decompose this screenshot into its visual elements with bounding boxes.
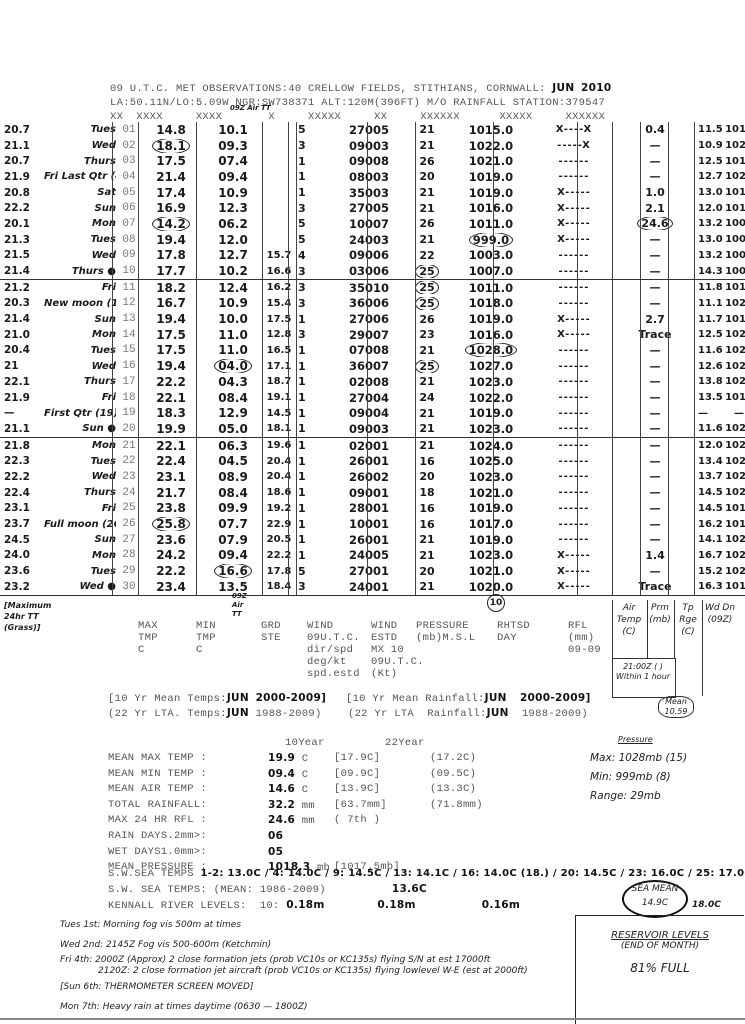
cell-max: 23.4	[142, 580, 200, 594]
cell-air2: 21.8	[0, 440, 44, 452]
cell-at: 12.5	[694, 329, 725, 340]
cell-prs: 1021.0	[450, 564, 532, 578]
cell-prs: 1023.0	[450, 422, 532, 436]
means-line-2: (22 Yr LTA. Temps:JUN 1988-2009) (22 Yr …	[108, 707, 588, 720]
cell-pm: 1014	[725, 314, 745, 325]
cell-wind: 26001	[334, 454, 404, 468]
cell-day: Thurs	[44, 487, 116, 498]
cell-pm: 1024	[725, 423, 745, 434]
cell-rain: ------	[532, 471, 616, 482]
stat-label: RAIN DAYS.2mm>:	[108, 829, 268, 845]
cell-min: 10.0	[200, 312, 266, 326]
table-block: 20.7Tues0114.810.1527005211015.0X----X0.…	[0, 122, 745, 280]
cell-rain: X-----	[532, 234, 616, 245]
cell-rain: X-----	[532, 187, 616, 198]
cell-mx: 23	[404, 328, 450, 341]
cell-grd: 1	[292, 455, 334, 468]
cell-wind: 09004	[334, 406, 404, 420]
cell-pm: 1013	[725, 282, 745, 293]
cell-day: Fri Last Qtr (4)	[44, 171, 116, 182]
cell-prs: 1025.0	[450, 454, 532, 468]
cell-pm: 1019	[725, 124, 745, 135]
col-head-wind: WIND 09U.T.C. dir/spd deg/kt spd.estd	[307, 620, 360, 680]
sea-mean-row: S.W. SEA TEMPS: (MEAN: 1986-2009) 13.6C	[108, 883, 427, 896]
rain-count-circle: 10	[487, 594, 505, 612]
notes-list: Tues 1st: Morning fog vis 500m at times …	[60, 915, 528, 1017]
air-annotation: 09Z Air TT	[230, 104, 271, 112]
cell-rain: X-----	[532, 314, 616, 325]
cell-grd: 1	[292, 549, 334, 562]
pressure-title: Pressure	[618, 730, 687, 749]
cell-rfl: —	[616, 391, 694, 404]
cell-max: 23.1	[142, 470, 200, 484]
cell-air2: 21.4	[0, 265, 44, 277]
cell-at: 13.0	[694, 234, 725, 245]
cell-min: 11.0	[200, 328, 266, 342]
cell-at: 16.2	[694, 519, 725, 530]
cell-rain: X-----	[532, 550, 616, 561]
cell-prs: 1024.0	[450, 439, 532, 453]
cell-prs: 1021.0	[450, 486, 532, 500]
cell-grd: 1	[292, 155, 334, 168]
stat-10yr: [13.9C]	[334, 782, 430, 798]
cell-at: 12.0	[694, 440, 725, 451]
cell-rfl: —	[616, 265, 694, 278]
cell-min: 04.0	[200, 359, 266, 373]
cell-air2: 21.5	[0, 249, 44, 261]
cell-min: 07.9	[200, 533, 266, 547]
cell-max: 22.4	[142, 454, 200, 468]
cell-wind: 09006	[334, 248, 404, 262]
col-head-grd: GRD STE	[261, 620, 281, 644]
cell-grd: 3	[292, 580, 334, 593]
cell-min: 09.4	[200, 548, 266, 562]
cell-wind: 28001	[334, 501, 404, 515]
cell-rfl: Trace	[616, 328, 694, 341]
cell-mx: 22	[404, 249, 450, 262]
reservoir-subtitle: (END OF MONTH)	[576, 941, 744, 951]
table-block: 21.2Fri1118.212.416.2335010251011.0-----…	[0, 280, 745, 438]
cell-min: 11.0	[200, 343, 266, 357]
cell-rfl: —	[616, 422, 694, 435]
cell-max: 16.7	[142, 296, 200, 310]
cell-min: 16.6	[200, 564, 266, 578]
cell-day: Thurs	[44, 156, 116, 167]
cell-pm: 1016	[725, 203, 745, 214]
cell-day: Mon	[44, 218, 116, 229]
cell-grd: 3	[292, 297, 334, 310]
cell-min: 07.7	[200, 517, 266, 531]
cell-rain: ------	[532, 266, 616, 277]
cell-air2: 22.3	[0, 455, 44, 467]
cell-pm: 1023	[725, 471, 745, 482]
cell-rain: ------	[532, 345, 616, 356]
cell-day: Tues	[44, 124, 116, 135]
cell-mx: 26	[404, 217, 450, 230]
stat-value: 14.6 C	[268, 782, 334, 798]
cell-max: 23.6	[142, 533, 200, 547]
cell-prs: 1011.0	[450, 281, 532, 295]
table-block: 21.8Mon2122.106.319.6102001211024.0-----…	[0, 438, 745, 596]
cell-at: 13.2	[694, 218, 725, 229]
cell-prs: 1019.0	[450, 186, 532, 200]
cell-mx: 21	[404, 549, 450, 562]
cell-wind: 27005	[334, 201, 404, 215]
cell-day: Sun	[44, 203, 116, 214]
cell-air2: 23.7	[0, 518, 44, 530]
cell-rfl: 24.6	[616, 217, 694, 230]
stat-row: MEAN MAX TEMP :19.9 C[17.9C](17.2C)	[108, 751, 483, 767]
cell-wind: 07008	[334, 343, 404, 357]
cell-wind: 08003	[334, 170, 404, 184]
cell-mx: 25	[404, 360, 450, 373]
cell-grd: 1	[292, 313, 334, 326]
cell-max: 22.2	[142, 375, 200, 389]
cell-rain: ------	[532, 376, 616, 387]
cell-pm: 1023	[725, 329, 745, 340]
cell-prs: 1007.0	[450, 264, 532, 278]
cell-max: 23.8	[142, 501, 200, 515]
cell-rfl: —	[616, 139, 694, 152]
cell-rfl: —	[616, 518, 694, 531]
cell-rain: X-----	[532, 203, 616, 214]
cell-at: 12.7	[694, 171, 725, 182]
cell-min: 06.2	[200, 217, 266, 231]
cell-rain: ------	[532, 423, 616, 434]
stat-row: MEAN AIR TEMP :14.6 C[13.9C](13.3C)	[108, 782, 483, 798]
cell-at: 14.5	[694, 503, 725, 514]
cell-max: 25.8	[142, 517, 200, 531]
cell-rain: ------	[532, 408, 616, 419]
cell-rfl: —	[616, 155, 694, 168]
cell-grd: 5	[292, 233, 334, 246]
cell-rfl: 1.0	[616, 186, 694, 199]
cell-air2: —	[0, 407, 44, 419]
cell-wind: 02008	[334, 375, 404, 389]
river-levels-row: KENNALL RIVER LEVELS: 10: 0.18m 0.18m 0.…	[108, 899, 520, 912]
cell-min: 08.4	[200, 391, 266, 405]
cell-prs: 1015.0	[450, 123, 532, 137]
header-line-2: LA:50.11N/LO:5.09W NGR:SW738371 ALT:120M…	[110, 97, 605, 109]
cell-air2: 21.9	[0, 171, 44, 183]
cell-day: Sun	[44, 534, 116, 545]
cell-max: 24.2	[142, 548, 200, 562]
note-item: Mon 7th: Heavy rain at times daytime (06…	[60, 997, 528, 1017]
cell-at: 12.5	[694, 156, 725, 167]
cell-wind: 24005	[334, 548, 404, 562]
cell-grd: 1	[292, 439, 334, 452]
cell-grd: 1	[292, 518, 334, 531]
side-head-mean: Mean 10.59	[658, 696, 694, 718]
cell-min: 12.9	[200, 406, 266, 420]
cell-max: 21.4	[142, 170, 200, 184]
cell-rain: X-----	[532, 581, 616, 592]
note-item: Wed 2nd: 2145Z Fog vis 500-600m (Ketchmi…	[60, 935, 528, 955]
cell-mx: 25	[404, 265, 450, 278]
col-head-rfl: RFL (mm) 09-09	[568, 620, 601, 656]
cell-at: 13.7	[694, 471, 725, 482]
cell-grd: 1	[292, 422, 334, 435]
cell-prs: 1023.0	[450, 470, 532, 484]
cell-air2: 20.1	[0, 218, 44, 230]
cell-wind: 36006	[334, 296, 404, 310]
cell-mx: 16	[404, 455, 450, 468]
cell-prs: 1018.0	[450, 296, 532, 310]
cell-wind: 35010	[334, 281, 404, 295]
cell-at: 13.0	[694, 187, 725, 198]
stat-label: MEAN MIN TEMP :	[108, 767, 268, 783]
cell-air2: 23.2	[0, 581, 44, 593]
cell-day: Thurs ●	[44, 266, 116, 277]
cell-grd: 1	[292, 360, 334, 373]
cell-grd: 3	[292, 328, 334, 341]
cell-air2: 20.7	[0, 155, 44, 167]
cell-wind: 27004	[334, 391, 404, 405]
cell-grd: 1	[292, 533, 334, 546]
cell-rain: ------	[532, 519, 616, 530]
pressure-min: Min: 999mb (8)	[590, 768, 687, 787]
cell-max: 16.9	[142, 201, 200, 215]
cell-grd: 1	[292, 170, 334, 183]
observations-table: 20.7Tues0114.810.1527005211015.0X----X0.…	[0, 122, 745, 596]
cell-rfl: —	[616, 170, 694, 183]
note-item: [Sun 6th: THERMOMETER SCREEN MOVED]	[60, 977, 528, 997]
cell-rfl: 2.7	[616, 313, 694, 326]
cell-mx: 20	[404, 565, 450, 578]
cell-pm: 1005	[725, 250, 745, 261]
stat-value: 24.6 mm	[268, 813, 334, 829]
cell-at: 10.9	[694, 140, 725, 151]
cell-pm: 1021	[725, 550, 745, 561]
stat-10yr	[334, 829, 430, 845]
cell-rfl: —	[616, 502, 694, 515]
cell-air2: 22.1	[0, 376, 44, 388]
stat-row: WET DAYS1.0mm>:05	[108, 845, 483, 861]
cell-grd: 3	[292, 281, 334, 294]
cell-rain: ------	[532, 298, 616, 309]
cell-air2: 23.1	[0, 502, 44, 514]
cell-pm: 1002	[725, 218, 745, 229]
stat-10yr: [17.9C]	[334, 751, 430, 767]
cell-mx: 16	[404, 518, 450, 531]
pressure-max: Max: 1028mb (15)	[590, 749, 687, 768]
cell-at: 13.8	[694, 376, 725, 387]
cell-max: 17.5	[142, 154, 200, 168]
cell-at: 12.6	[694, 361, 725, 372]
cell-rfl: 2.1	[616, 202, 694, 215]
cell-day: Wed ●	[44, 581, 116, 592]
cell-pm: 1025	[725, 440, 745, 451]
left-footnote: [Maximum 24hr TT (Grass)]	[4, 600, 44, 633]
side-head-pressure: Prm (mb)	[646, 602, 674, 626]
cell-air2: 20.4	[0, 344, 44, 356]
cell-max: 22.1	[142, 439, 200, 453]
cell-pm: 1018	[725, 156, 745, 167]
stat-10yr: [63.7mm]	[334, 798, 430, 814]
cell-prs: 1019.0	[450, 312, 532, 326]
cell-day: Fri	[44, 282, 116, 293]
cell-day: Tues	[44, 234, 116, 245]
cell-grd: 1	[292, 486, 334, 499]
cell-max: 17.5	[142, 343, 200, 357]
cell-day: Sun ●	[44, 423, 116, 434]
cell-prs: 1019.0	[450, 501, 532, 515]
cell-day: Wed	[44, 361, 116, 372]
header-year: 2010	[581, 82, 611, 94]
stat-row: TOTAL RAINFALL:32.2 mm[63.7mm](71.8mm)	[108, 798, 483, 814]
cell-min: 04.3	[200, 375, 266, 389]
cell-wind: 09001	[334, 486, 404, 500]
cell-wind: 35003	[334, 186, 404, 200]
cell-wind: 36007	[334, 359, 404, 373]
cell-rfl: —	[616, 281, 694, 294]
cell-rain: X-----	[532, 329, 616, 340]
cell-max: 17.4	[142, 186, 200, 200]
cell-day: Tues	[44, 456, 116, 467]
cell-at: 13.5	[694, 392, 725, 403]
cell-at: 16.3	[694, 581, 725, 592]
cell-day: Mon	[44, 440, 116, 451]
cell-wind: 27006	[334, 312, 404, 326]
cell-grd: 4	[292, 249, 334, 262]
cell-rfl: —	[616, 565, 694, 578]
cell-mx: 21	[404, 202, 450, 215]
cell-prs: 1016.0	[450, 201, 532, 215]
cell-max: 18.2	[142, 281, 200, 295]
cell-day: Wed	[44, 140, 116, 151]
cell-at: 11.8	[694, 282, 725, 293]
cell-rain: ------	[532, 440, 616, 451]
stat-label: TOTAL RAINFALL:	[108, 798, 268, 814]
cell-prs: 1020.0	[450, 580, 532, 594]
cell-rain: -----X	[532, 140, 616, 151]
cell-max: 14.2	[142, 217, 200, 231]
cell-air2: 21.2	[0, 282, 44, 294]
cell-at: 14.5	[694, 487, 725, 498]
reservoir-value: 81% FULL	[576, 961, 744, 975]
cell-air2: 24.5	[0, 534, 44, 546]
cell-min: 07.4	[200, 154, 266, 168]
side-head-note: 21:00Z ( ) Within 1 hour	[614, 662, 672, 682]
stat-row: MEAN MIN TEMP :09.4 C[09.9C](09.5C)	[108, 767, 483, 783]
cell-max: 17.8	[142, 248, 200, 262]
cell-mx: 21	[404, 533, 450, 546]
sea-temps-row: S.W.SEA TEMPS 1-2: 13.0C / 4: 14.0C / 9:…	[108, 868, 745, 880]
air-footnote: 09Z Air TT	[232, 592, 254, 619]
cell-grd: 3	[292, 139, 334, 152]
stat-value: 05	[268, 845, 334, 861]
col-22year: 22Year	[385, 737, 425, 749]
cell-pm: 1024	[725, 456, 745, 467]
cell-day: Tues	[44, 345, 116, 356]
cell-max: 18.1	[142, 139, 200, 153]
cell-day: Mon	[44, 329, 116, 340]
cell-pm: —	[725, 408, 745, 419]
cell-min: 12.7	[200, 248, 266, 262]
cell-prs: 1016.0	[450, 328, 532, 342]
side-column-headers: Air Temp (C) Prm (mb) Tp Rge (C) Wd Dn (…	[610, 600, 740, 692]
cell-mx: 20	[404, 170, 450, 183]
cell-mx: 21	[404, 344, 450, 357]
cell-at: 11.5	[694, 124, 725, 135]
cell-max: 17.5	[142, 328, 200, 342]
col-head-min: MIN TMP C	[196, 620, 216, 656]
cell-max: 19.4	[142, 312, 200, 326]
cell-air2: 21.1	[0, 423, 44, 435]
cell-pm: 1021	[725, 534, 745, 545]
cell-mx: 16	[404, 502, 450, 515]
stat-22yr: (09.5C)	[430, 767, 476, 783]
stat-label: MEAN AIR TEMP :	[108, 782, 268, 798]
cell-mx: 21	[404, 233, 450, 246]
stat-10yr: ( 7th )	[334, 813, 430, 829]
cell-mx: 26	[404, 155, 450, 168]
cell-wind: 03006	[334, 264, 404, 278]
means-line-1: [10 Yr Mean Temps:JUN 2000-2009] [10 Yr …	[108, 692, 591, 705]
note-item: 2120Z: 2 close formation jet aircraft (p…	[60, 966, 528, 977]
cell-mx: 21	[404, 186, 450, 199]
stat-label: MAX 24 HR RFL :	[108, 813, 268, 829]
cell-grd: 1	[292, 375, 334, 388]
cell-pm: 1023	[725, 140, 745, 151]
stat-row: MAX 24 HR RFL :24.6 mm( 7th )	[108, 813, 483, 829]
cell-wind: 24001	[334, 580, 404, 594]
cell-rain: ------	[532, 534, 616, 545]
cell-rain: ------	[532, 392, 616, 403]
side-head-tp: Tp Rge (C)	[674, 602, 702, 638]
cell-wind: 09008	[334, 154, 404, 168]
col-head-rhsd: RHTSD DAY	[497, 620, 530, 644]
header-month: JUN	[552, 82, 574, 94]
cell-pm: 1016	[725, 581, 745, 592]
stat-value: 09.4 C	[268, 767, 334, 783]
cell-rain: ------	[532, 487, 616, 498]
cell-rain: ------	[532, 282, 616, 293]
cell-grd: 5	[292, 565, 334, 578]
cell-rfl: —	[616, 297, 694, 310]
cell-mx: 18	[404, 486, 450, 499]
stat-10yr	[334, 845, 430, 861]
stat-value: 06	[268, 829, 334, 845]
cell-at: 11.7	[694, 314, 725, 325]
cell-air2: 21.0	[0, 329, 44, 341]
cell-mx: 26	[404, 313, 450, 326]
cell-mx: 20	[404, 470, 450, 483]
cell-day: New moon (12) Sat	[44, 298, 116, 309]
cell-day: Fri	[44, 392, 116, 403]
cell-wind: 26001	[334, 533, 404, 547]
cell-min: 12.0	[200, 233, 266, 247]
stat-10yr: [09.9C]	[334, 767, 430, 783]
cell-grd: 1	[292, 186, 334, 199]
cell-mx: 21	[404, 123, 450, 136]
cell-rfl: —	[616, 407, 694, 420]
cell-pm: 1017	[725, 503, 745, 514]
reservoir-title: RESERVOIR LEVELS	[576, 930, 744, 941]
cell-prs: 1017.0	[450, 517, 532, 531]
cell-rfl: —	[616, 375, 694, 388]
cell-rfl: —	[616, 344, 694, 357]
cell-max: 22.1	[142, 391, 200, 405]
cell-rain: ------	[532, 156, 616, 167]
cell-mx: 25	[404, 297, 450, 310]
cell-pm: 1009	[725, 266, 745, 277]
cell-prs: 1022.0	[450, 139, 532, 153]
cell-day: Thurs	[44, 376, 116, 387]
cell-grd: 3	[292, 202, 334, 215]
cell-at: 12.0	[694, 203, 725, 214]
note-item: Fri 4th: 2000Z (Approx) 2 close formatio…	[60, 955, 528, 966]
